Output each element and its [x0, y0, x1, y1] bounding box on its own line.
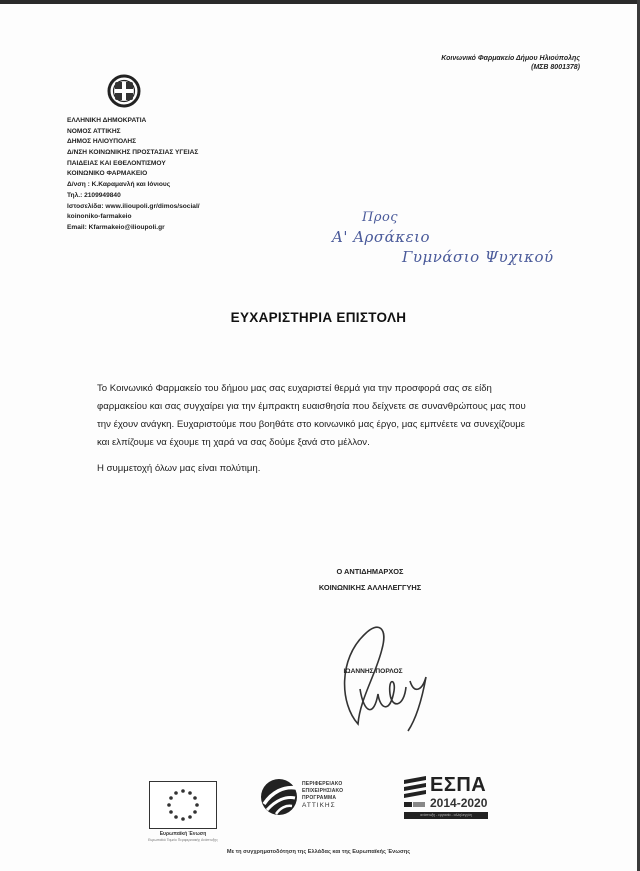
sender-address: Δ/νση : Κ.Καραμανλή και Ιόνιους [67, 180, 267, 191]
letter-page: Κοινωνικό Φαρμακείο Δήμου Ηλιούπολης (ΜΣ… [0, 4, 637, 871]
sender-website-cont: koinoniko-farmakeio [67, 212, 267, 223]
body-paragraph: Το Κοινωνικό Φαρμακείο του δήμου μας σας… [97, 380, 527, 452]
header-reference-line2: (ΜΣΒ 8001378) [330, 63, 580, 72]
sender-line: ΚΟΙΝΩΝΙΚΟ ΦΑΡΜΑΚΕΙΟ [67, 169, 267, 180]
espa-stripes-icon [404, 776, 428, 808]
signatory-title-line1: Ο ΑΝΤΙΔΗΜΑΡΧΟΣ [270, 564, 470, 580]
letter-title: ΕΥΧΑΡΙΣΤΗΡΙΑ ΕΠΙΣΤΟΛΗ [0, 310, 637, 325]
sender-line: Δ/ΝΣΗ ΚΟΙΝΩΝΙΚΗΣ ΠΡΟΣΤΑΣΙΑΣ ΥΓΕΙΑΣ [67, 148, 267, 159]
sender-line: ΔΗΜΟΣ ΗΛΙΟΥΠΟΛΗΣ [67, 137, 267, 148]
espa-logo: ΕΣΠΑ 2014-2020 ανάπτυξη - εργασία - αλλη… [404, 774, 494, 824]
header-reference-line1: Κοινωνικό Φαρμακείο Δήμου Ηλιούπολης [330, 54, 580, 63]
recipient-line2: Α' Αρσάκειο [332, 228, 430, 246]
pep-line: ΠΡΟΓΡΑΜΜΑ [302, 795, 382, 802]
header-reference: Κοινωνικό Φαρμακείο Δήμου Ηλιούπολης (ΜΣ… [330, 54, 580, 72]
pep-line: ΠΕΡΙΦΕΡΕΙΑΚΟ [302, 781, 382, 788]
signatory-name: ΙΩΑΝΝΗΣ ΠΟΡΛΟΣ [313, 668, 433, 675]
pep-line: ΕΠΙΧΕΙΡΗΣΙΑΚΟ [302, 788, 382, 795]
pep-text: ΠΕΡΙΦΕΡΕΙΑΚΟ ΕΠΙΧΕΙΡΗΣΙΑΚΟ ΠΡΟΓΡΑΜΜΑ ΑΤΤ… [302, 781, 382, 809]
eu-logo-label: Ευρωπαϊκή Ένωση [147, 831, 219, 837]
recipient-line3: Γυμνάσιο Ψυχικού [402, 248, 554, 266]
greek-coat-of-arms-icon [107, 74, 141, 108]
cofinance-note: Με τη συγχρηματοδότηση της Ελλάδας και τ… [0, 849, 637, 855]
sender-email: Email: Kfarmakeio@ilioupoli.gr [67, 223, 267, 234]
espa-years: 2014-2020 [430, 796, 487, 810]
espa-tagline: ανάπτυξη - εργασία - αλληλεγγύη [404, 812, 488, 819]
pep-swirl-icon [258, 776, 300, 818]
handwritten-signature [330, 619, 450, 734]
sender-line: ΝΟΜΟΣ ΑΤΤΙΚΗΣ [67, 127, 267, 138]
sender-line: ΠΑΙΔΕΙΑΣ ΚΑΙ ΕΘΕΛΟΝΤΙΣΜΟΥ [67, 159, 267, 170]
sender-phone: Τηλ.: 2109949840 [67, 191, 267, 202]
pep-attica-logo: ΠΕΡΙΦΕΡΕΙΑΚΟ ΕΠΙΧΕΙΡΗΣΙΑΚΟ ΠΡΟΓΡΑΜΜΑ ΑΤΤ… [258, 776, 378, 821]
pep-region: ΑΤΤΙΚΗΣ [302, 802, 382, 809]
eu-flag-icon [149, 781, 217, 829]
body-closing: Η συμμετοχή όλων μας είναι πολύτιμη. [97, 460, 527, 478]
eu-logo-sublabel: Ευρωπαϊκό Ταμείο Περιφερειακής Ανάπτυξης [147, 838, 219, 842]
signatory-title-line2: ΚΟΙΝΩΝΙΚΗΣ ΑΛΛΗΛΕΓΓΥΗΣ [270, 580, 470, 596]
sender-website: Ιστοσελίδα: www.ilioupoli.gr/dimos/socia… [67, 202, 267, 213]
sender-block: ΕΛΛΗΝΙΚΗ ΔΗΜΟΚΡΑΤΙΑ ΝΟΜΟΣ ΑΤΤΙΚΗΣ ΔΗΜΟΣ … [67, 116, 267, 234]
eu-logo: Ευρωπαϊκή Ένωση Ευρωπαϊκό Ταμείο Περιφερ… [147, 779, 219, 849]
letter-body: Το Κοινωνικό Φαρμακείο του δήμου μας σας… [97, 380, 527, 478]
signatory-title: Ο ΑΝΤΙΔΗΜΑΡΧΟΣ ΚΟΙΝΩΝΙΚΗΣ ΑΛΛΗΛΕΓΓΥΗΣ [270, 564, 470, 596]
recipient-line1: Προς [362, 210, 398, 225]
espa-word: ΕΣΠΑ [430, 774, 486, 797]
sender-line: ΕΛΛΗΝΙΚΗ ΔΗΜΟΚΡΑΤΙΑ [67, 116, 267, 127]
